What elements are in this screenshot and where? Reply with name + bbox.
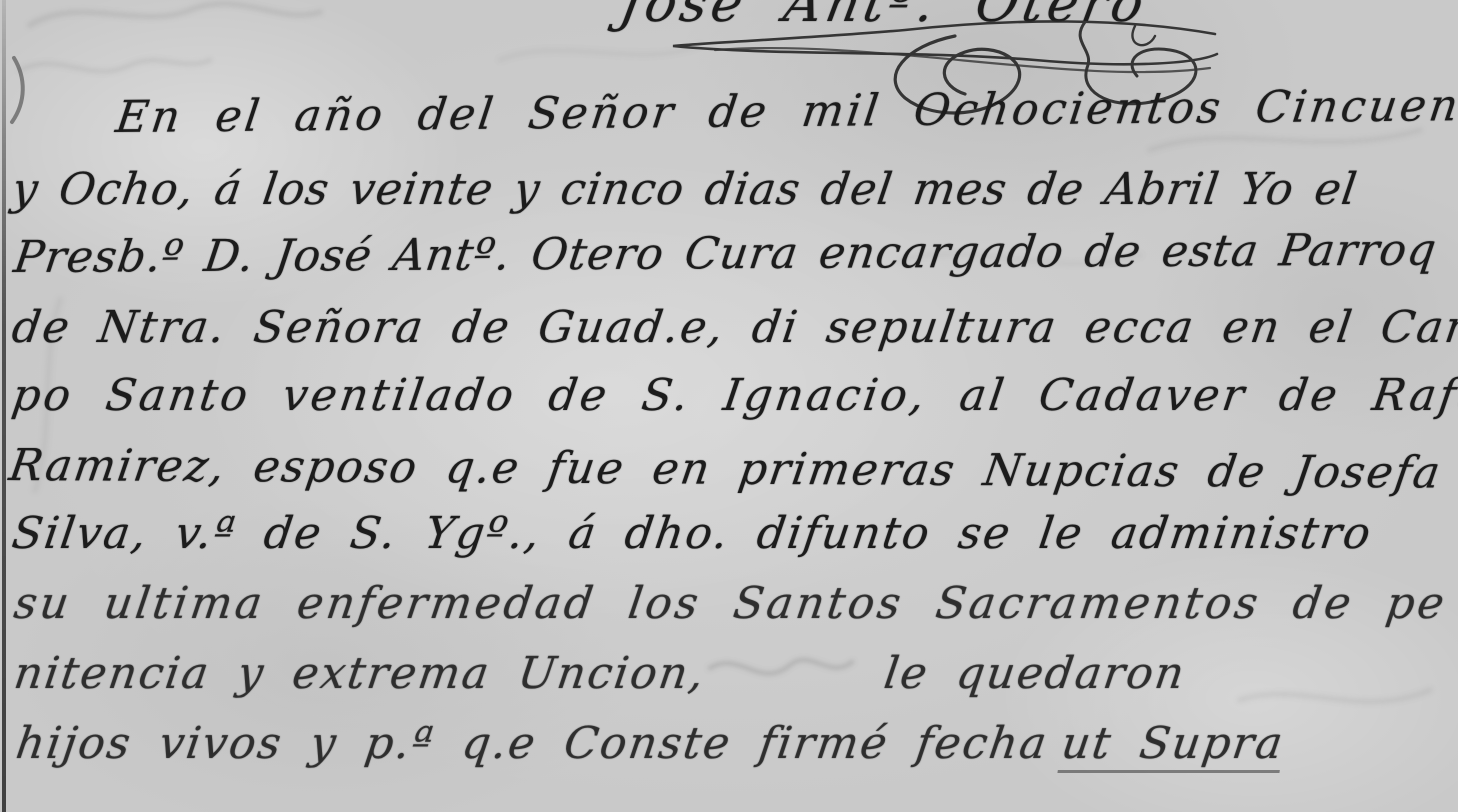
manuscript-line: hijos vivos y p.ª q.e Conste firmé fecha… [12,712,1288,776]
manuscript-line: En el año del Señor de mil Ochocientos C… [112,74,1458,150]
manuscript-line: su ultima enfermedad los Santos Sacramen… [10,572,1451,636]
manuscript-line: de Ntra. Señora de Guad.e, di sepultura … [8,296,1458,360]
page-edge-line [2,0,6,812]
manuscript-line: le quedaron [880,642,1190,706]
manuscript-line: Presb.º D. José Antº. Otero Cura encarga… [10,219,1441,290]
signature: José Antº. Otero [615,0,1152,36]
manuscript-line: nitencia y extrema Uncion, [10,642,710,706]
closing-formula-text: hijos vivos y p.ª q.e Conste firmé fecha [13,718,1066,769]
manuscript-line: Silva, v.ª de S. Ygº., á dho. difunto se… [8,502,1376,566]
manuscript-scan-page: José Antº. Otero En el año del Señor de … [0,0,1458,812]
manuscript-line: y Ocho, á los veinte y cinco dias del me… [8,158,1361,222]
ut-supra-underlined-text: ut Supra [1058,718,1288,773]
manuscript-line: Ramirez, esposo q.e fue en primeras Nupc… [5,434,1446,506]
manuscript-line: po Santo ventilado de S. Ignacio, al Cad… [8,364,1458,428]
